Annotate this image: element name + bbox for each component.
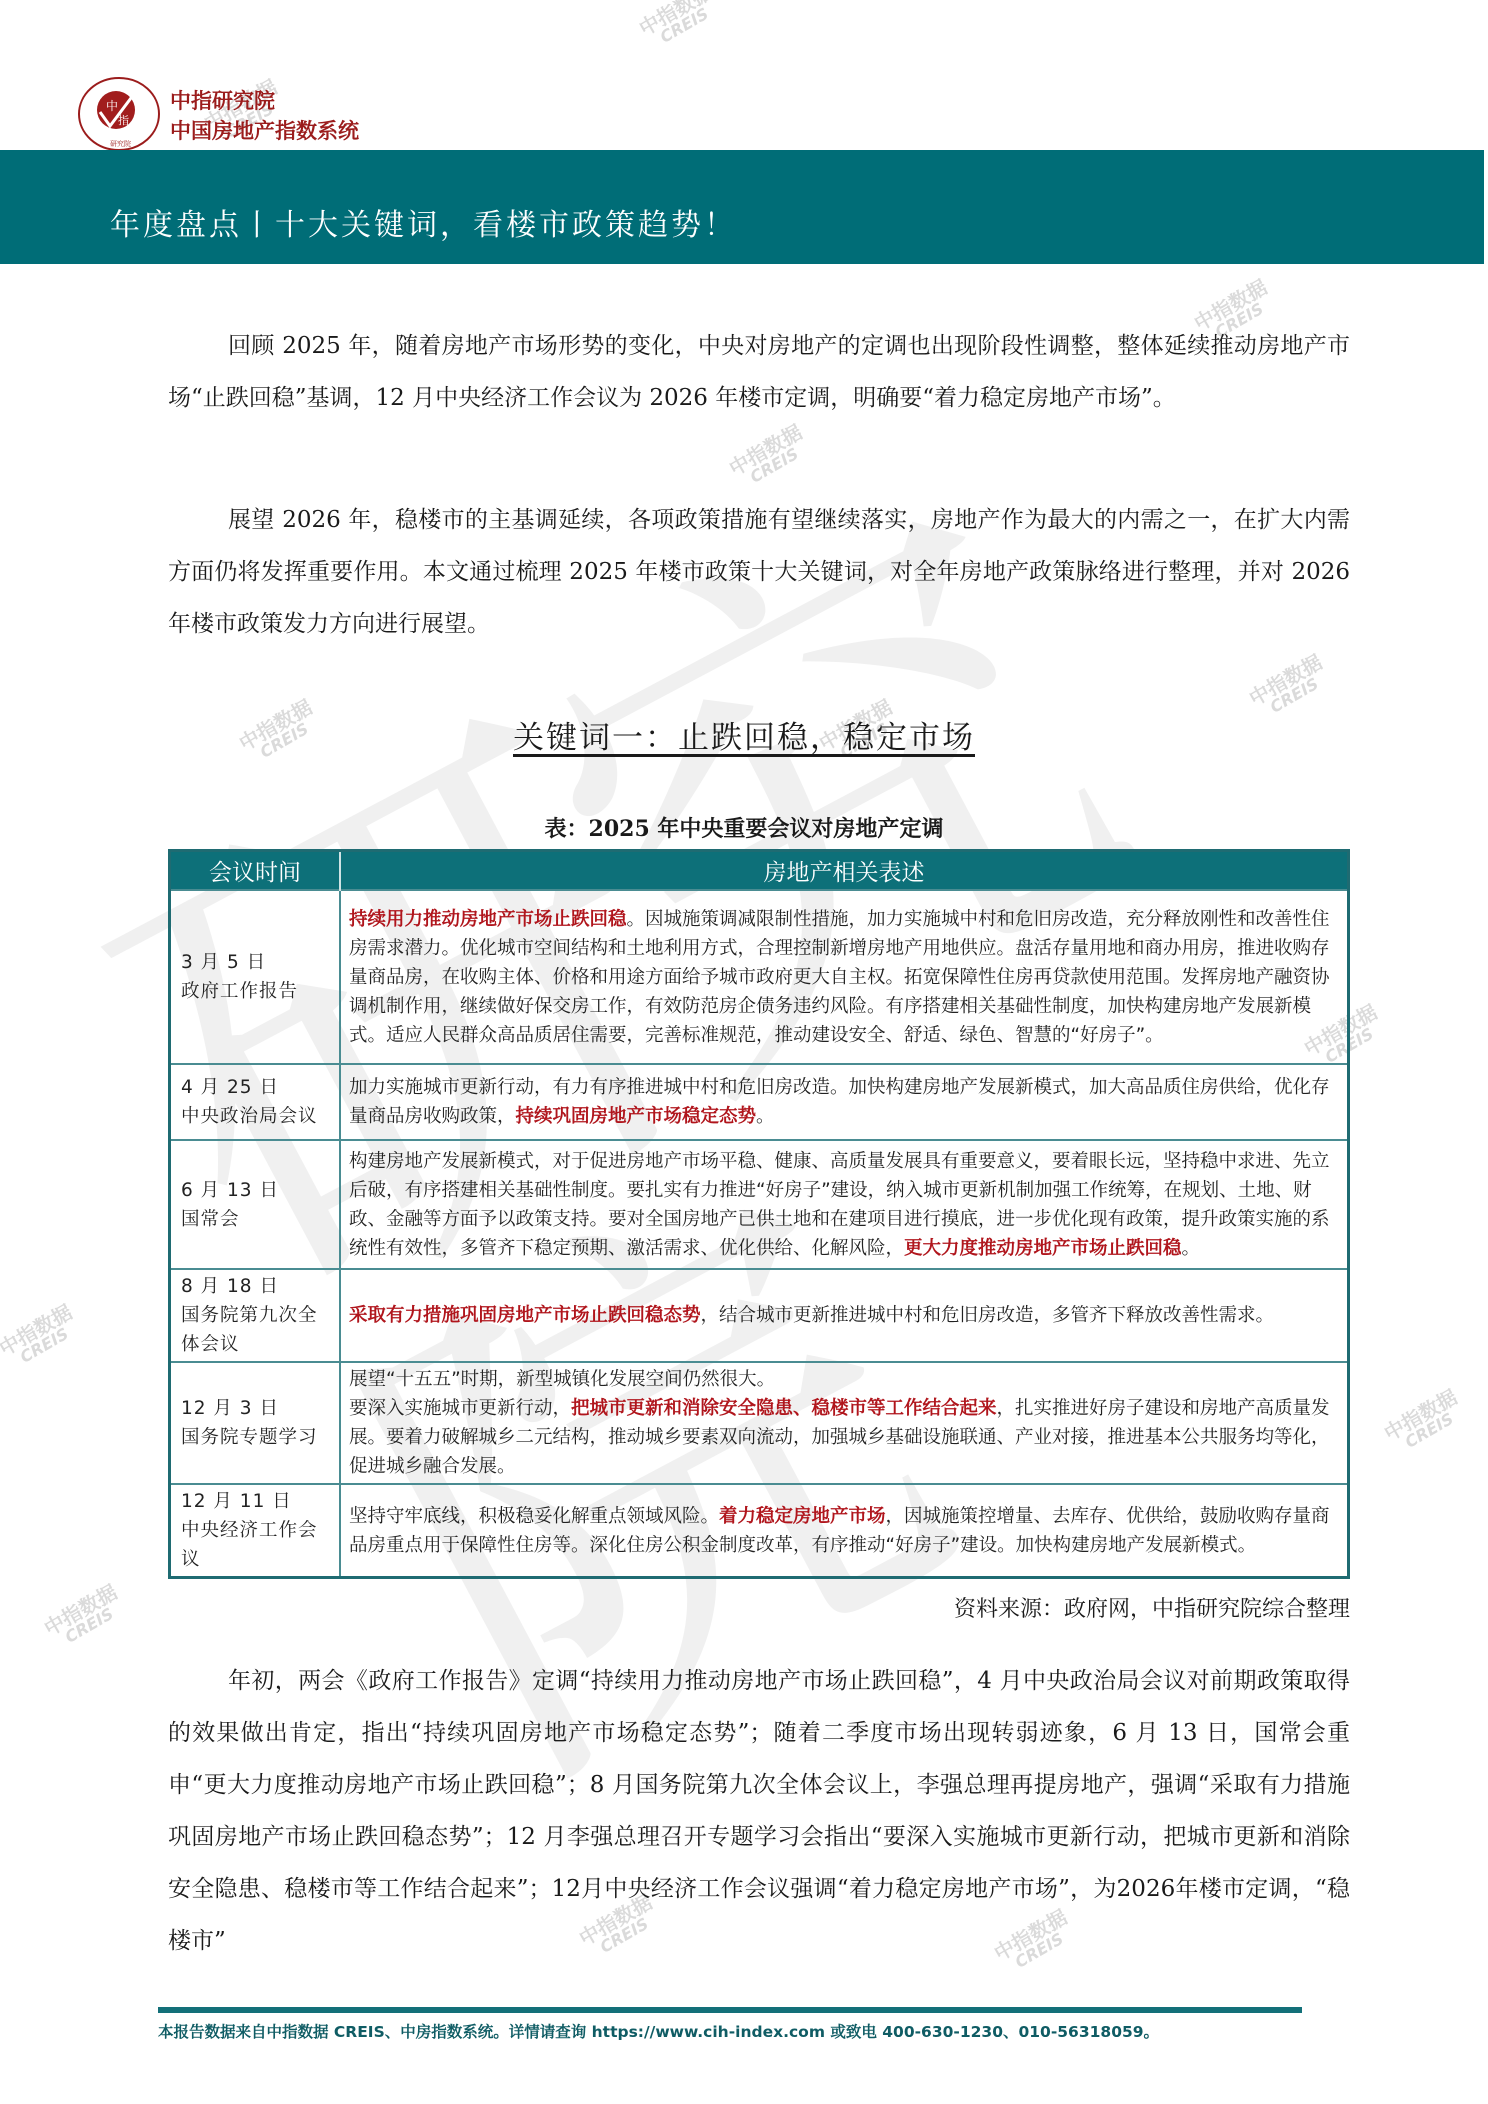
watermark-creis: 中指数据CREIS — [636, 0, 723, 54]
brand-line-1: 中指研究院 — [170, 86, 359, 116]
table-row: 6 月 13 日 国常会 构建房地产发展新模式，对于促进房地产市场平稳、健康、高… — [170, 1140, 1349, 1269]
statement-cell: 持续用力推动房地产市场止跌回稳。因城施策调减限制性措施，加力实施城中村和危旧房改… — [340, 890, 1349, 1064]
date-cell: 8 月 18 日 国务院第九次全体会议 — [170, 1269, 341, 1362]
svg-text:指: 指 — [118, 113, 129, 127]
watermark-creis: 中指数据CREIS — [726, 422, 813, 493]
summary-paragraph: 年初，两会《政府工作报告》定调“持续用力推动房地产市场止跌回稳”，4 月中央政治… — [168, 1655, 1350, 1967]
date-cell: 12 月 11 日 中央经济工作会议 — [170, 1484, 341, 1578]
statement-cell: 展望“十五五”时期，新型城镇化发展空间仍然很大。要深入实施城市更新行动，把城市更… — [340, 1362, 1349, 1484]
footer-divider — [158, 2007, 1302, 2013]
svg-text:中: 中 — [106, 98, 118, 113]
date-cell: 6 月 13 日 国常会 — [170, 1140, 341, 1269]
table-row: 12 月 3 日 国务院专题学习 展望“十五五”时期，新型城镇化发展空间仍然很大… — [170, 1362, 1349, 1484]
brand-name: 中指研究院 中国房地产指数系统 — [170, 86, 359, 146]
watermark-creis: 中指数据CREIS — [1381, 1387, 1468, 1458]
footer-contact-text: 本报告数据来自中指数据 CREIS、中房指数系统。详情请查询 https://w… — [158, 2020, 1159, 2042]
keyword-heading: 关键词一：止跌回稳，稳定市场 — [0, 712, 1488, 757]
date-cell: 12 月 3 日 国务院专题学习 — [170, 1362, 341, 1484]
intro-paragraph-2: 展望 2026 年，稳楼市的主基调延续，各项政策措施有望继续落实，房地产作为最大… — [168, 494, 1350, 650]
table-row: 8 月 18 日 国务院第九次全体会议 采取有力措施巩固房地产市场止跌回稳态势，… — [170, 1269, 1349, 1362]
table-caption: 表：2025 年中央重要会议对房地产定调 — [0, 812, 1488, 843]
academy-logo: 中 指 研究院 — [76, 76, 162, 152]
date-cell: 4 月 25 日 中央政治局会议 — [170, 1064, 341, 1140]
intro-paragraph-1: 回顾 2025 年，随着房地产市场形势的变化，中央对房地产的定调也出现阶段性调整… — [168, 320, 1350, 424]
statement-cell: 坚持守牢底线，积极稳妥化解重点领域风险。着力稳定房地产市场，因城施策控增量、去库… — [340, 1484, 1349, 1578]
table-row: 3 月 5 日 政府工作报告 持续用力推动房地产市场止跌回稳。因城施策调减限制性… — [170, 890, 1349, 1064]
column-header-date: 会议时间 — [170, 851, 341, 891]
meetings-table: 会议时间 房地产相关表述 3 月 5 日 政府工作报告 持续用力推动房地产市场止… — [168, 849, 1350, 1579]
table-row: 4 月 25 日 中央政治局会议 加力实施城市更新行动，有力有序推进城中村和危旧… — [170, 1064, 1349, 1140]
column-header-statement: 房地产相关表述 — [340, 851, 1349, 891]
statement-cell: 构建房地产发展新模式，对于促进房地产市场平稳、健康、高质量发展具有重要意义，要着… — [340, 1140, 1349, 1269]
date-cell: 3 月 5 日 政府工作报告 — [170, 890, 341, 1064]
watermark-creis: 中指数据CREIS — [0, 1302, 84, 1373]
svg-text:研究院: 研究院 — [110, 139, 131, 148]
watermark-creis: 中指数据CREIS — [41, 1582, 128, 1653]
title-banner: 年度盘点丨十大关键词，看楼市政策趋势！ — [0, 150, 1484, 264]
statement-cell: 加力实施城市更新行动，有力有序推进城中村和危旧房改造。加快构建房地产发展新模式，… — [340, 1064, 1349, 1140]
table-row: 12 月 11 日 中央经济工作会议 坚持守牢底线，积极稳妥化解重点领域风险。着… — [170, 1484, 1349, 1578]
table-source-note: 资料来源：政府网，中指研究院综合整理 — [954, 1592, 1350, 1623]
page-title: 年度盘点丨十大关键词，看楼市政策趋势！ — [110, 200, 737, 244]
brand-line-2: 中国房地产指数系统 — [170, 116, 359, 146]
statement-cell: 采取有力措施巩固房地产市场止跌回稳态势，结合城市更新推进城中村和危旧房改造，多管… — [340, 1269, 1349, 1362]
